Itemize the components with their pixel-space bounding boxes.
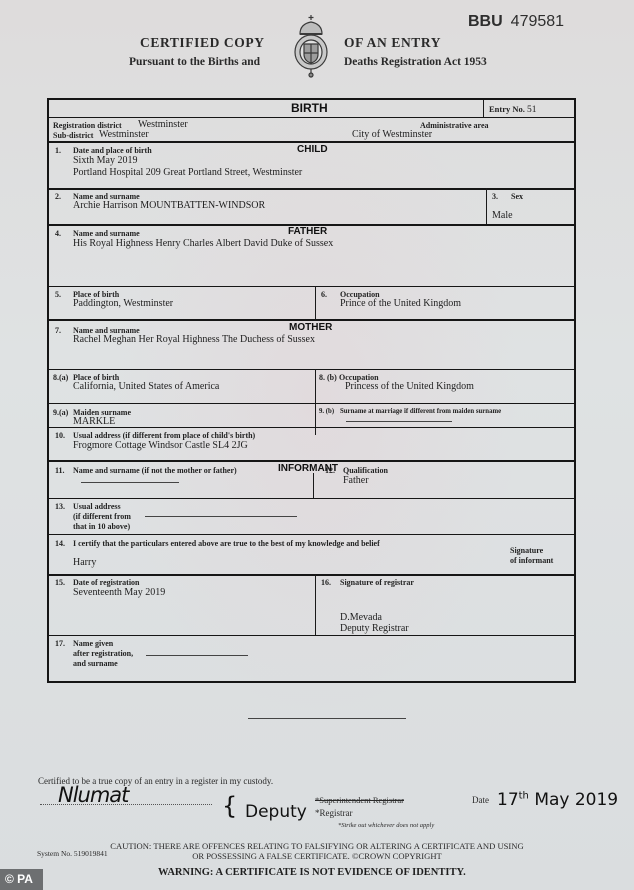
field-16-label: Signature of registrar [340,578,414,587]
field-15-label: Date of registration [73,578,140,587]
child-name: Archie Harrison MOUNTBATTEN-WINDSOR [73,200,265,211]
entry-no-value: 51 [527,105,537,115]
date-day: 17 [497,790,519,810]
field-14-label: I certify that the particulars entered a… [73,539,380,548]
field-11-number: 11. [55,466,65,475]
father-place-of-birth: Paddington, Westminster [73,298,173,309]
field-3-number: 3. [492,192,498,201]
superintendent-registrar-struck: *Superintendent Registrar [315,795,404,805]
field-11-label: Name and surname (if not the mother or f… [73,466,237,475]
field-13-label-1: Usual address [73,502,121,511]
field-5-number: 5. [55,290,61,299]
surname-at-marriage-blank [346,421,452,422]
mother-place-of-birth: California, United States of America [73,381,219,392]
divider [49,460,574,462]
serial-number: BBU479581 [468,13,564,31]
section-child: CHILD [297,144,328,155]
field-13-label-2: (if different from [73,512,131,521]
registrar-option: *Registrar [315,808,353,818]
serial-prefix: BBU [468,13,503,30]
divider [49,286,574,287]
sub-district-label: Sub-district [53,131,93,140]
field-2-number: 2. [55,192,61,201]
divider [49,369,574,370]
field-15-number: 15. [55,578,65,587]
signature-label-1: Signature [510,546,543,555]
deputy-handwritten: Deputy [245,802,307,822]
divider [315,574,316,635]
divider [49,427,574,428]
date-handwritten: 17th May 2019 [497,790,618,810]
divider [49,319,574,321]
registrar-name: D.Mevada [340,612,382,623]
divider [49,534,574,535]
divider [315,286,316,319]
child-sex: Male [492,210,513,221]
field-17-label-1: Name given [73,639,113,648]
warning-text: WARNING: A CERTIFICATE IS NOT EVIDENCE O… [158,867,466,878]
date-suffix: th [519,790,529,801]
divider [49,635,574,636]
mother-name: Rachel Meghan Her Royal Highness The Duc… [73,334,315,345]
field-17-number: 17. [55,639,65,648]
field-14-number: 14. [55,539,65,548]
birth-entry-form: BIRTH Entry No. 51 Registration district… [47,98,576,683]
field-6-number: 6. [321,290,327,299]
field-9a-number: 9.(a) [53,408,68,417]
form-title-birth: BIRTH [291,101,328,115]
field-12-label: Qualification [343,466,388,475]
field-3-label: Sex [511,192,523,201]
field-1-label: Date and place of birth [73,146,152,155]
entry-no: Entry No. 51 [489,104,537,115]
informant-signature: Harry [73,557,96,568]
field-10-number: 10. [55,431,65,440]
field-17-label-3: and surname [73,659,118,668]
divider [49,498,574,499]
informant-address-blank [145,516,297,517]
administrative-area-value: City of Westminster [352,129,432,140]
divider [49,403,574,404]
usual-address: Frogmore Cottage Windsor Castle SL4 2JG [73,440,248,451]
divider [315,369,316,435]
father-name: His Royal Highness Henry Charles Albert … [73,238,333,249]
section-mother: MOTHER [289,322,332,333]
sub-district-value: Westminster [99,129,149,140]
field-4-label: Name and surname [73,229,140,238]
divider [313,473,314,498]
informant-qualification: Father [343,475,369,486]
field-8b-number: 8. (b) [319,373,337,382]
mother-maiden-surname: MARKLE [73,416,115,427]
field-9b-number: 9. (b) [319,408,334,415]
custodian-signature: Nlumat [58,783,128,807]
subtitle-left: Pursuant to the Births and [129,56,260,68]
divider [49,188,574,190]
registrar-title: Deputy Registrar [340,623,409,634]
caution-line-2: OR POSSESSING A FALSE CERTIFICATE. ©CROW… [89,851,545,861]
date-label: Date [472,795,489,805]
informant-name-blank [81,482,179,483]
field-13-label-3: that in 10 above) [73,522,130,531]
divider [49,141,574,143]
field-13-number: 13. [55,502,65,511]
field-1-number: 1. [55,146,61,155]
signature-label-2: of informant [510,556,553,565]
serial-digits: 479581 [511,13,564,30]
field-4-number: 4. [55,229,61,238]
date-month-year: May 2019 [534,790,618,810]
separator-line [248,718,406,719]
caution-line-1: CAUTION: THERE ARE OFFENCES RELATING TO … [89,841,545,851]
divider [49,117,574,118]
divider [49,574,574,576]
mother-occupation: Princess of the United Kingdom [345,381,474,392]
field-10-label: Usual address (if different from place o… [73,431,255,440]
section-father: FATHER [288,226,327,237]
name-given-blank [146,655,248,656]
child-date-of-birth: Sixth May 2019 [73,155,137,166]
field-12-number: 12. [325,466,335,475]
registration-date: Seventeenth May 2019 [73,587,165,598]
strike-out-note: *Strike out whichever does not apply [338,822,434,829]
field-8a-number: 8.(a) [53,373,68,382]
child-place-of-birth: Portland Hospital 209 Great Portland Str… [73,167,302,178]
title-of-an-entry: OF AN ENTRY [344,35,441,51]
pa-credit-badge: © PA [0,869,43,890]
field-17-label-2: after registration, [73,649,133,658]
royal-crest-icon [292,14,330,78]
subtitle-right: Deaths Registration Act 1953 [344,56,487,68]
divider [486,188,487,224]
field-7-number: 7. [55,326,61,335]
field-16-number: 16. [321,578,331,587]
father-occupation: Prince of the United Kingdom [340,298,461,309]
field-9b-label: Surname at marriage if different from ma… [340,408,501,415]
brace: { [222,792,237,820]
divider [483,100,484,117]
title-certified-copy: CERTIFIED COPY [140,35,265,51]
entry-no-label: Entry No. [489,104,525,114]
